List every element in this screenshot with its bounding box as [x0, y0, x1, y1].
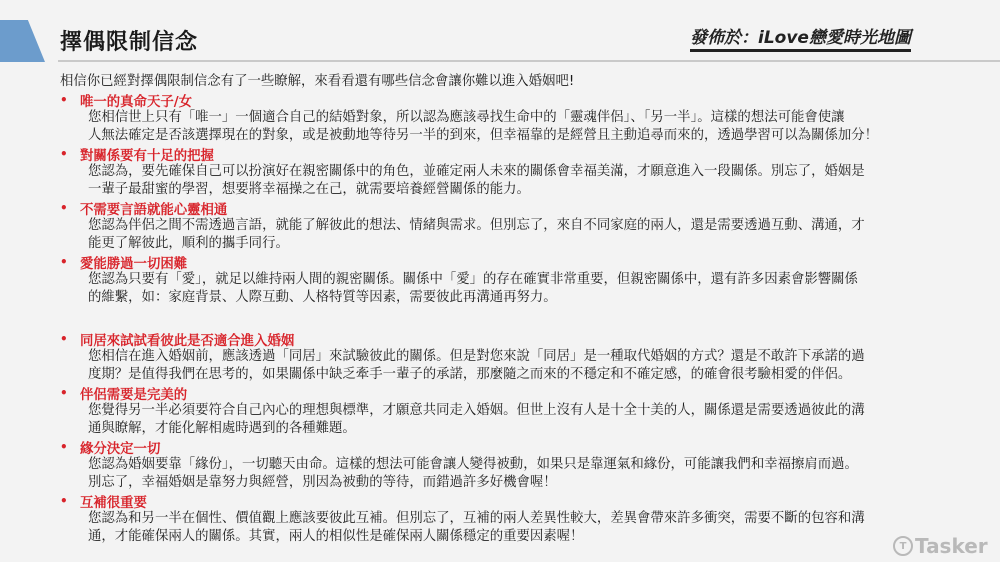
bullet-icon: • — [60, 440, 80, 454]
description-line: 人無法確定是否該選擇現在的對象，或是被動地等待另一半的到來，但幸福靠的是經營且主… — [88, 127, 988, 145]
item-heading: 唯一的真命天子/女 — [80, 91, 192, 110]
list-item: •唯一的真命天子/女 您相信世上只有「唯一」一個適合自己的結婚對象，所以認為應該… — [60, 91, 990, 145]
item-heading: 同居來試試看彼此是否適合進入婚姻 — [80, 330, 294, 349]
item-description: 您相信世上只有「唯一」一個適合自己的結婚對象，所以認為應該尋找生命中的「靈魂伴侶… — [88, 109, 988, 145]
item-description: 您相信在進入婚姻前，應該透過「同居」來試驗彼此的關係。但是對您來說「同居」是一種… — [88, 348, 988, 384]
description-line: 您認為，要先確保自己可以扮演好在親密關係中的角色，並確定兩人未來的關係會幸福美滿… — [88, 163, 988, 181]
description-line: 別忘了，幸福婚姻是靠努力與經營，別因為被動的等待，而錯過許多好機會喔！ — [88, 474, 988, 492]
list-item: •不需要言語就能心靈相通 您認為伴侶之間不需透過言語，就能了解彼此的想法、情緒與… — [60, 199, 990, 253]
item-heading: 互補很重要 — [80, 492, 147, 511]
bullet-icon: • — [60, 494, 80, 508]
list-item: •愛能勝過一切困難 您認為只要有「愛」，就足以維持兩人間的親密關係。關係中「愛」… — [60, 253, 990, 307]
item-heading: 緣分決定一切 — [80, 438, 160, 457]
description-line: 您覺得另一半必須要符合自己內心的理想與標準，才願意共同走入婚姻。但世上沒有人是十… — [88, 402, 988, 420]
header-accent-shape — [0, 20, 45, 62]
source-link[interactable]: 發佈於：iLove戀愛時光地圖 — [690, 28, 911, 52]
description-line: 您認為婚姻要靠「緣份」，一切聽天由命。這樣的想法可能會讓人變得被動，如果只是靠運… — [88, 456, 988, 474]
item-description: 您認為婚姻要靠「緣份」，一切聽天由命。這樣的想法可能會讓人變得被動，如果只是靠運… — [88, 456, 988, 492]
description-line: 一輩子最甜蜜的學習，想要將幸福操之在己，就需要培養經營關係的能力。 — [88, 181, 988, 199]
list-item: •互補很重要 您認為和另一半在個性、價值觀上應該要彼此互補。但別忘了，互補的兩人… — [60, 492, 990, 546]
item-description: 您認為，要先確保自己可以扮演好在親密關係中的角色，並確定兩人未來的關係會幸福美滿… — [88, 163, 988, 199]
item-description: 您認為只要有「愛」，就足以維持兩人間的親密關係。關係中「愛」的存在確實非常重要，… — [88, 271, 988, 307]
list-item: •對關係要有十足的把握 您認為，要先確保自己可以扮演好在親密關係中的角色，並確定… — [60, 145, 990, 199]
item-description: 您認為伴侶之間不需透過言語，就能了解彼此的想法、情緒與需求。但別忘了，來自不同家… — [88, 217, 988, 253]
bullet-icon: • — [60, 93, 80, 107]
beliefs-list: •唯一的真命天子/女 您相信世上只有「唯一」一個適合自己的結婚對象，所以認為應該… — [60, 91, 990, 546]
description-line: 通與瞭解，才能化解相處時遇到的各種難題。 — [88, 420, 988, 438]
description-line: 通，才能確保兩人的關係。其實，兩人的相似性是確保兩人關係穩定的重要因素喔！ — [88, 528, 988, 546]
item-description: 您認為和另一半在個性、價值觀上應該要彼此互補。但別忘了，互補的兩人差異性較大，差… — [88, 510, 988, 546]
title-divider — [58, 60, 1000, 62]
tasker-watermark: T Tasker — [893, 534, 988, 558]
item-heading: 對關係要有十足的把握 — [80, 145, 214, 164]
bullet-icon: • — [60, 255, 80, 269]
description-line: 度期？是值得我們在思考的，如果關係中缺乏牽手一輩子的承諾，那麼隨之而來的不穩定和… — [88, 366, 988, 384]
item-description: 您覺得另一半必須要符合自己內心的理想與標準，才願意共同走入婚姻。但世上沒有人是十… — [88, 402, 988, 438]
description-line: 您相信在進入婚姻前，應該透過「同居」來試驗彼此的關係。但是對您來說「同居」是一種… — [88, 348, 988, 366]
description-line: 您認為伴侶之間不需透過言語，就能了解彼此的想法、情緒與需求。但別忘了，來自不同家… — [88, 217, 988, 235]
item-heading: 愛能勝過一切困難 — [80, 253, 187, 272]
list-item: •緣分決定一切 您認為婚姻要靠「緣份」，一切聽天由命。這樣的想法可能會讓人變得被… — [60, 438, 990, 492]
description-line: 您相信世上只有「唯一」一個適合自己的結婚對象，所以認為應該尋找生命中的「靈魂伴侶… — [88, 109, 988, 127]
tasker-logo-icon: T — [893, 536, 913, 556]
bullet-icon: • — [60, 332, 80, 346]
description-line: 您認為只要有「愛」，就足以維持兩人間的親密關係。關係中「愛」的存在確實非常重要，… — [88, 271, 988, 289]
item-heading: 伴侶需要是完美的 — [80, 384, 187, 403]
description-line: 您認為和另一半在個性、價值觀上應該要彼此互補。但別忘了，互補的兩人差異性較大，差… — [88, 510, 988, 528]
intro-text: 相信你已經對擇偶限制信念有了一些瞭解，來看看還有哪些信念會讓你難以進入婚姻吧! — [60, 73, 574, 91]
item-heading: 不需要言語就能心靈相通 — [80, 199, 227, 218]
watermark-text: Tasker — [915, 534, 988, 558]
bullet-icon: • — [60, 386, 80, 400]
list-item: •伴侶需要是完美的 您覺得另一半必須要符合自己內心的理想與標準，才願意共同走入婚… — [60, 384, 990, 438]
list-item: •同居來試試看彼此是否適合進入婚姻 您相信在進入婚姻前，應該透過「同居」來試驗彼… — [60, 330, 990, 384]
bullet-icon: • — [60, 201, 80, 215]
description-line: 能更了解彼此，順利的攜手同行。 — [88, 235, 988, 253]
page-title: 擇偶限制信念 — [60, 25, 198, 56]
description-line: 的維繫，如：家庭背景、人際互動、人格特質等因素，需要彼此再溝通再努力。 — [88, 289, 988, 307]
bullet-icon: • — [60, 147, 80, 161]
